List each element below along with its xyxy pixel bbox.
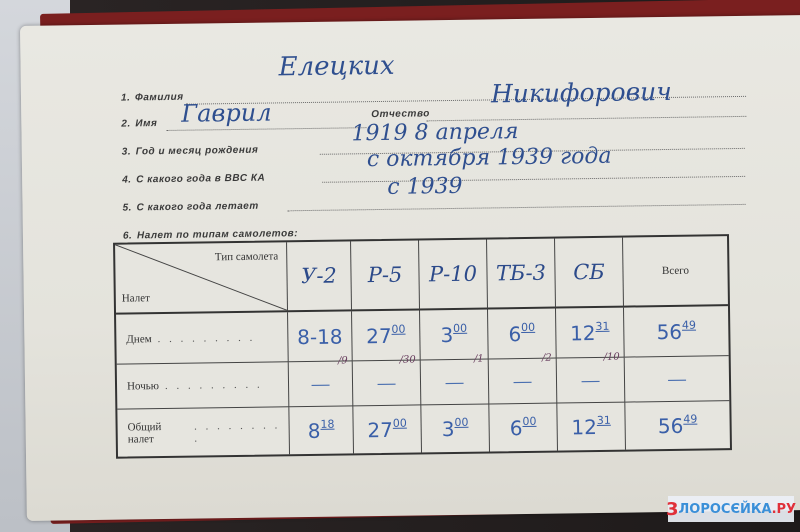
flying-since-line [288,204,746,211]
table-cell: — [353,360,422,406]
first-name-label: Имя [135,118,157,129]
field-4-number: 4. [122,174,131,185]
patronymic-value: Никифорович [491,77,672,109]
column-label: Всего [662,265,689,277]
cell-value: — [445,371,463,392]
row-label-total: Общий налет. . . . . . . . . [117,407,290,456]
cell-value: 600 [510,415,537,440]
site-watermark: 3 ЛОРОСЄЙКА .РУ [668,496,794,522]
flying-since-label: С какого года летает [136,201,258,214]
field-2-number: 2. [121,118,130,129]
watermark-text: ЛОРОСЄЙКА [678,502,771,517]
flight-hours-heading: Налет по типам самолетов: [137,228,298,241]
column-label: Р-5 [368,263,403,287]
table-cell: 8-18/9 [288,311,353,362]
table-cell: 600/2 [488,309,557,360]
field-5-number: 5. [122,202,131,213]
column-label: Р-10 [429,262,477,287]
cell-value: 5649 [658,413,698,439]
field-1-number: 1. [121,92,130,103]
leader-dots: . . . . . . . . . [194,419,289,444]
watermark-domain: .РУ [772,502,797,517]
cell-value: 8-18 [297,324,343,350]
air-force-since-line [322,176,745,183]
surname-value: Елецких [278,51,394,83]
patronymic-label: Отчество [371,108,430,120]
table-cell: 1231 [557,403,626,451]
cell-value: — [668,368,686,389]
birth-label: Год и месяц рождения [136,145,259,158]
table-cell: 600 [489,404,558,452]
column-header-r10: Р-10 [419,240,488,311]
cell-value: 300 [442,416,469,441]
table-cell: 300/1 [420,309,489,360]
cell-value: 300 [440,322,467,347]
first-name-line [166,127,366,131]
column-header-sb: СБ [555,238,624,309]
birth-value: 1919 8 апреля [351,119,518,146]
cell-value: — [581,369,599,390]
first-name-value: Гаврил [181,98,272,127]
watermark-logo-mark: 3 [666,499,679,520]
cell-value: 2700 [367,417,407,443]
column-label: ТБ-3 [496,261,546,286]
table-cell: — [289,361,354,407]
column-header-total: Всего [623,236,728,307]
table-cell: — [421,359,490,405]
column-header-tb3: ТБ-3 [487,239,556,310]
aircraft-type-header: Тип самолета [215,250,279,263]
column-label: СБ [573,260,605,284]
cell-value: — [311,373,329,394]
surname-label: Фамилия [135,92,184,104]
cell-value: 5649 [656,319,696,345]
field-3-number: 3. [122,146,131,157]
table-cell: 300 [421,404,490,452]
air-force-since-label: С какого года в ВВС КА [136,173,265,186]
row-label-text: Ночью [127,380,159,392]
cell-value: 1231 [570,320,610,346]
leader-dots: . . . . . . . . . [165,379,263,392]
cell-value: 1231 [571,414,611,440]
column-label: У-2 [301,264,337,288]
cell-value: — [377,372,395,393]
flight-time-header: Налет [122,292,150,304]
table-cell: 1231/10 [556,308,625,359]
row-label-night: Ночью. . . . . . . . . [117,362,290,409]
column-header-r5: Р-5 [351,240,420,311]
table-cell: 5649 [624,306,729,357]
table-cell: 818 [289,406,354,454]
row-label-text: Общий налет [128,420,189,445]
cell-value: 818 [308,418,335,443]
leader-dots: . . . . . . . . . [158,331,256,344]
table-cell: 2700 [353,405,422,453]
cell-value: — [513,370,531,391]
table-cell: — [489,359,558,405]
column-header-u2: У-2 [287,241,352,312]
table-cell: — [557,358,626,404]
air-force-since-value: с октября 1939 года [367,144,612,172]
table-cell: 2700/30 [352,310,421,361]
row-label-text: Днем [126,333,151,345]
table-cell: 5649 [625,401,730,449]
table-cell: — [625,356,730,402]
row-label-day: Днем. . . . . . . . . [116,312,289,364]
field-6-number: 6. [123,230,132,241]
table-corner: Тип самолета Налет [115,242,288,314]
record-card: Елецких 1. Фамилия Гаврил 2. Имя Отчеств… [20,15,800,521]
cell-value: 600 [508,321,535,346]
flight-hours-table: Тип самолета Налет У-2 Р-5 Р-10 ТБ-3 СБ … [113,234,732,459]
cell-value: 2700 [366,323,406,349]
flying-since-value: с 1939 [387,174,463,200]
